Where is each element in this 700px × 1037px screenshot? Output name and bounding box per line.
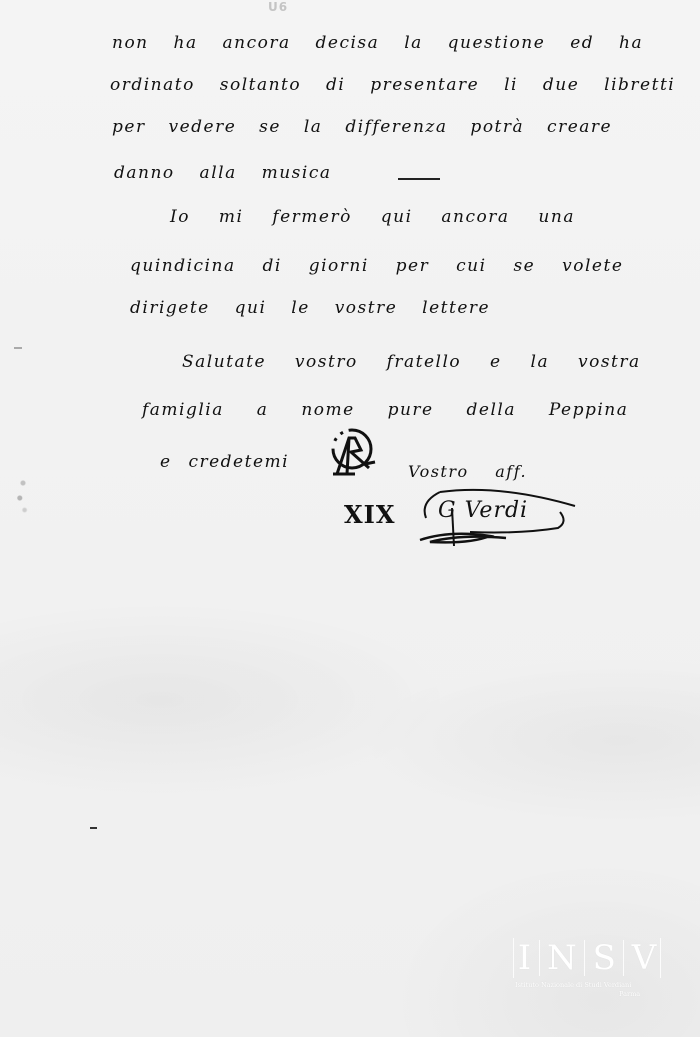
letter-line-7: dirigete qui le vostre lettere — [130, 298, 490, 318]
margin-mark — [14, 347, 22, 349]
margin-mark — [90, 827, 97, 829]
letter-line-9: famiglia a nome pure della Peppina — [142, 400, 628, 420]
watermark-divider — [539, 940, 540, 976]
letter-line-5: Io mi fermerò qui ancora una — [170, 207, 575, 227]
letter-line-6: quindicina di giorni per cui se volete — [130, 256, 623, 276]
watermark-institution: Istituto Nazionale di Studi Verdiani — [515, 981, 661, 989]
folio-number: U6 — [268, 0, 288, 14]
paper-specks — [15, 465, 31, 525]
watermark-letters: I N S V — [513, 938, 661, 978]
letter-line-4: danno alla musica — [114, 163, 332, 183]
letter-line-10: e credetemi — [160, 452, 289, 472]
watermark-letter-v: V — [632, 938, 657, 978]
watermark-divider — [623, 940, 624, 976]
watermark-divider — [584, 940, 585, 976]
manuscript-page: U6 non ha ancora decisa la questione ed … — [0, 0, 700, 1037]
insv-watermark: I N S V Istituto Nazionale di Studi Verd… — [513, 938, 661, 1006]
monogram-seal-icon — [325, 424, 381, 480]
watermark-letter-n: N — [547, 938, 577, 978]
closing-dash — [398, 178, 440, 180]
letter-line-3: per vedere se la differenza potrà creare — [112, 117, 612, 137]
signature: G Verdi — [438, 498, 528, 523]
letter-line-1: non ha ancora decisa la questione ed ha — [112, 33, 643, 53]
watermark-place: Parma — [619, 990, 640, 998]
roman-numeral-stamp: XIX — [344, 500, 395, 529]
watermark-letter-s: S — [593, 938, 616, 978]
letter-line-2: ordinato soltanto di presentare li due l… — [110, 75, 675, 95]
watermark-letter-i: I — [518, 938, 531, 978]
letter-line-8: Salutate vostro fratello e la vostra — [182, 352, 641, 372]
